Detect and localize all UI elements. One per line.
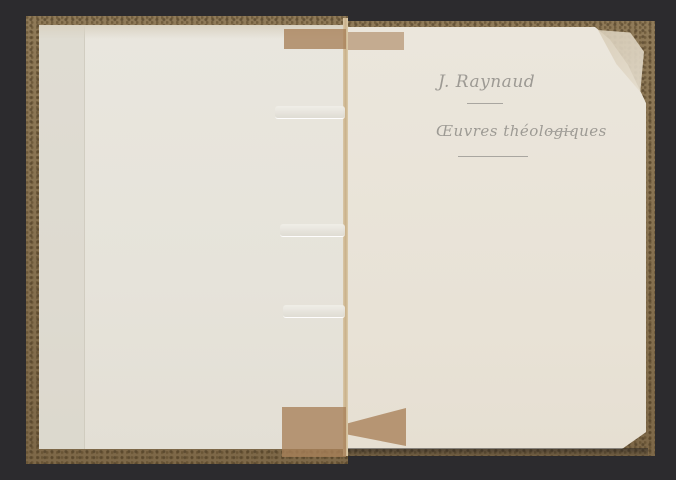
tape-top-left — [284, 29, 346, 49]
author-underline — [467, 103, 503, 104]
page-bottom-shadow — [348, 448, 648, 458]
tape-bottom-left — [282, 407, 346, 457]
tape-top-right — [348, 32, 404, 50]
binding-stitch-2 — [280, 224, 345, 237]
title-underline — [458, 156, 528, 157]
binding-stitch-3 — [283, 305, 345, 318]
handwritten-title: Œuvres théologiques — [436, 122, 607, 140]
left-page-margin-panel — [39, 25, 85, 449]
spine — [343, 18, 348, 456]
binding-stitch-1 — [275, 106, 345, 119]
title-flourish — [548, 131, 574, 132]
handwritten-author: J. Raynaud — [438, 72, 535, 92]
